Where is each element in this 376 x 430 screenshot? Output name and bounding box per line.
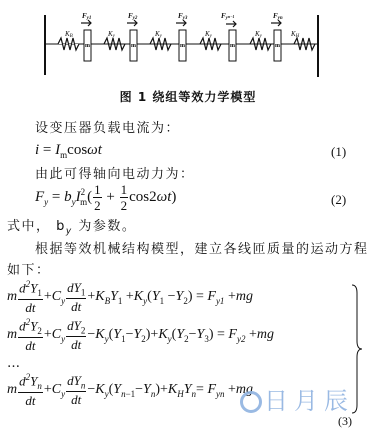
paragraph-parameter: 式中， by 为参数。 xyxy=(7,215,136,237)
paragraph-motion-eq-intro: 根据等效机械结构模型，建立各线匝质量的运动方程 xyxy=(35,238,369,257)
svg-text:Fyn−1: Fyn−1 xyxy=(221,12,235,21)
svg-text:Ky: Ky xyxy=(204,30,213,39)
svg-text:Ky: Ky xyxy=(154,30,163,39)
svg-text:Fyn: Fyn xyxy=(273,12,283,21)
watermark-logo: 日月辰 xyxy=(240,381,370,411)
paragraph-load-current: 设变压器负载电流为： xyxy=(35,117,180,136)
equation-3-ellipsis: … xyxy=(7,356,20,371)
equation-2: Fy = byI2m(12 + 12cos2ωt) xyxy=(35,183,176,212)
equation-3-row-2: md2Y2dt+CydY2dt−Ky(Y1−Y2)+Ky(Y2−Y3) = Fy… xyxy=(7,318,274,352)
svg-text:m: m xyxy=(180,43,185,49)
svg-text:Ky: Ky xyxy=(107,30,116,39)
svg-text:KB: KB xyxy=(64,30,73,39)
svg-text:m: m xyxy=(85,43,90,49)
svg-text:Fy1: Fy1 xyxy=(82,12,91,21)
svg-text:Ky: Ky xyxy=(254,30,263,39)
winding-mechanical-model-figure: Fy1 Fy2 Fy3 Fyn−1 Fyn KB Ky Ky Ky Ky KH … xyxy=(0,0,376,90)
equation-3-row-n: md2Yndt+CydYndt−Ky(Yn−1−Yn)+KHYn= Fyn +m… xyxy=(7,373,253,407)
figure-caption: 图 1 绕组等效力学模型 xyxy=(0,88,376,105)
svg-text:m: m xyxy=(275,43,280,49)
paragraph-as-follows: 如下： xyxy=(7,259,51,278)
equation-1-number: (1) xyxy=(331,144,346,160)
svg-text:Fy2: Fy2 xyxy=(128,12,138,21)
paragraph-axial-force: 由此可得轴向电动力为： xyxy=(35,163,195,182)
svg-text:m: m xyxy=(230,43,235,49)
equation-2-number: (2) xyxy=(331,192,346,208)
watermark-circle-icon xyxy=(240,391,262,413)
equation-1: i = Imcosωt xyxy=(35,142,102,160)
svg-text:m: m xyxy=(131,43,136,49)
svg-text:KH: KH xyxy=(290,30,300,39)
svg-text:Fy3: Fy3 xyxy=(178,12,188,21)
equation-3-number: (3) xyxy=(338,414,352,429)
equation-3-row-1: md2Y1dt+CydY1dt+KBY1 +Ky(Y1 −Y2) = Fy1 +… xyxy=(7,280,253,314)
